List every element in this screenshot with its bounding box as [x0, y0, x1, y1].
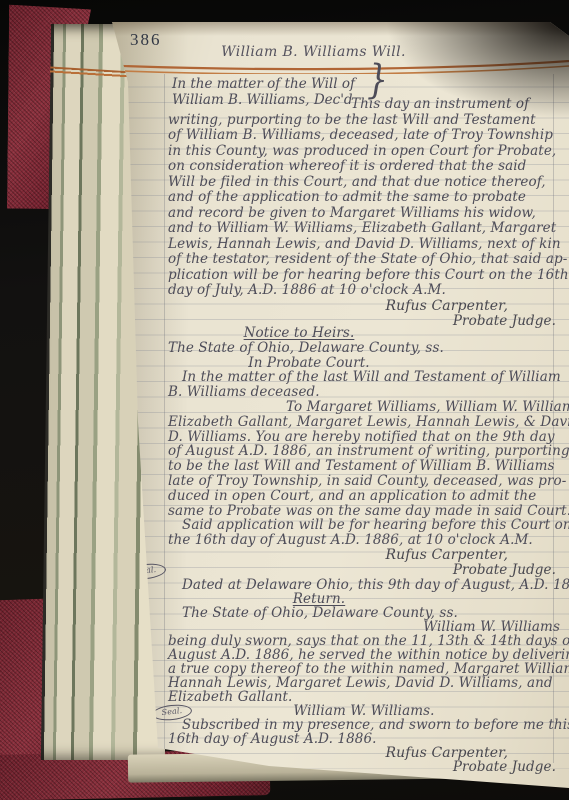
handwritten-line: a true copy thereof to the within named,…	[168, 662, 560, 676]
handwritten-line: Will be filed in this Court, and that du…	[168, 175, 560, 191]
notice-heading: Notice to Heirs.	[168, 326, 560, 341]
handwritten-line: August A.D. 1886, he served the within n…	[168, 648, 560, 662]
handwritten-line: Lewis, Hannah Lewis, and David D. Willia…	[168, 237, 560, 253]
handwritten-line: plication will be for hearing before thi…	[168, 268, 560, 284]
handwritten-line: To Margaret Williams, William W. William…	[168, 400, 560, 415]
handwritten-line: D. Williams. You are hereby notified tha…	[168, 430, 560, 445]
handwritten-line: The State of Ohio, Delaware County, ss.	[168, 341, 560, 356]
ledger-page: 386 William B. Williams Will. In the mat…	[98, 22, 569, 797]
handwritten-line: Elizabeth Gallant, Margaret Lewis, Hanna…	[168, 415, 560, 430]
handwritten-line: and record be given to Margaret Williams…	[168, 206, 560, 222]
handwritten-line: on consideration whereof it is ordered t…	[168, 159, 560, 175]
handwritten-line: duced in open Court, and an application …	[168, 489, 560, 504]
handwritten-line: being duly sworn, says that on the 11, 1…	[168, 634, 560, 648]
handwritten-line: day of July, A.D. 1886 at 10 o'clock A.M…	[168, 283, 560, 299]
handwritten-line: of August A.D. 1886, an instrument of wr…	[168, 444, 560, 459]
return-heading: Return.	[168, 592, 560, 606]
handwritten-line: William W. Williams	[168, 620, 560, 634]
handwritten-line: same to Probate was on the same day made…	[168, 504, 560, 519]
handwritten-line: Rufus Carpenter,	[168, 548, 560, 563]
handwritten-line: to be the last Will and Testament of Wil…	[168, 459, 560, 474]
notice-body: The State of Ohio, Delaware County, ss.I…	[168, 341, 560, 593]
return-body: The State of Ohio, Delaware County, ss.W…	[168, 606, 560, 774]
handwritten-line: the 16th day of August A.D. 1886, at 10 …	[168, 533, 560, 548]
handwritten-line: of the testator, resident of the State o…	[168, 252, 560, 268]
handwritten-line: In Probate Court.	[168, 356, 560, 371]
handwritten-line: Hannah Lewis, Margaret Lewis, David D. W…	[168, 676, 560, 690]
handwritten-line: B. Williams deceased.	[168, 385, 560, 400]
handwritten-line: William W. Williams.Seal.	[168, 704, 560, 718]
left-margin-line	[164, 74, 165, 763]
probate-order-entry: This day an instrument ofwriting, purpor…	[168, 97, 560, 330]
handwritten-line: and to William W. Williams, Elizabeth Ga…	[168, 221, 560, 237]
handwritten-line: Rufus Carpenter,	[168, 299, 560, 315]
handwritten-line: in this County, was produced in open Cou…	[168, 144, 560, 160]
page-corner-shadow	[379, 22, 569, 122]
handwritten-line: and of the application to admit the same…	[168, 190, 560, 206]
notice-to-heirs-section: Notice to Heirs. The State of Ohio, Dela…	[168, 326, 560, 592]
handwritten-line: Elizabeth Gallant.	[168, 690, 560, 704]
photographed-ledger-scene: 386 William B. Williams Will. In the mat…	[0, 0, 569, 800]
handwritten-line: Said application will be for hearing bef…	[168, 518, 560, 533]
handwritten-line: The State of Ohio, Delaware County, ss.	[168, 606, 560, 620]
handwritten-line: Dated at Delaware Ohio, this 9th day of …	[168, 578, 560, 593]
handwritten-line: Subscribed in my presence, and sworn to …	[168, 718, 560, 732]
handwritten-line: Rufus Carpenter,	[168, 746, 560, 760]
handwritten-line: In the matter of the last Will and Testa…	[168, 370, 560, 385]
return-section: Return. The State of Ohio, Delaware Coun…	[168, 592, 560, 774]
handwritten-line: late of Troy Township, in said County, d…	[168, 474, 560, 489]
handwritten-line: Probate Judge.Seal.	[168, 563, 560, 578]
handwritten-line: of William B. Williams, deceased, late o…	[168, 128, 560, 144]
handwritten-line: 16th day of August A.D. 1886.	[168, 732, 560, 746]
